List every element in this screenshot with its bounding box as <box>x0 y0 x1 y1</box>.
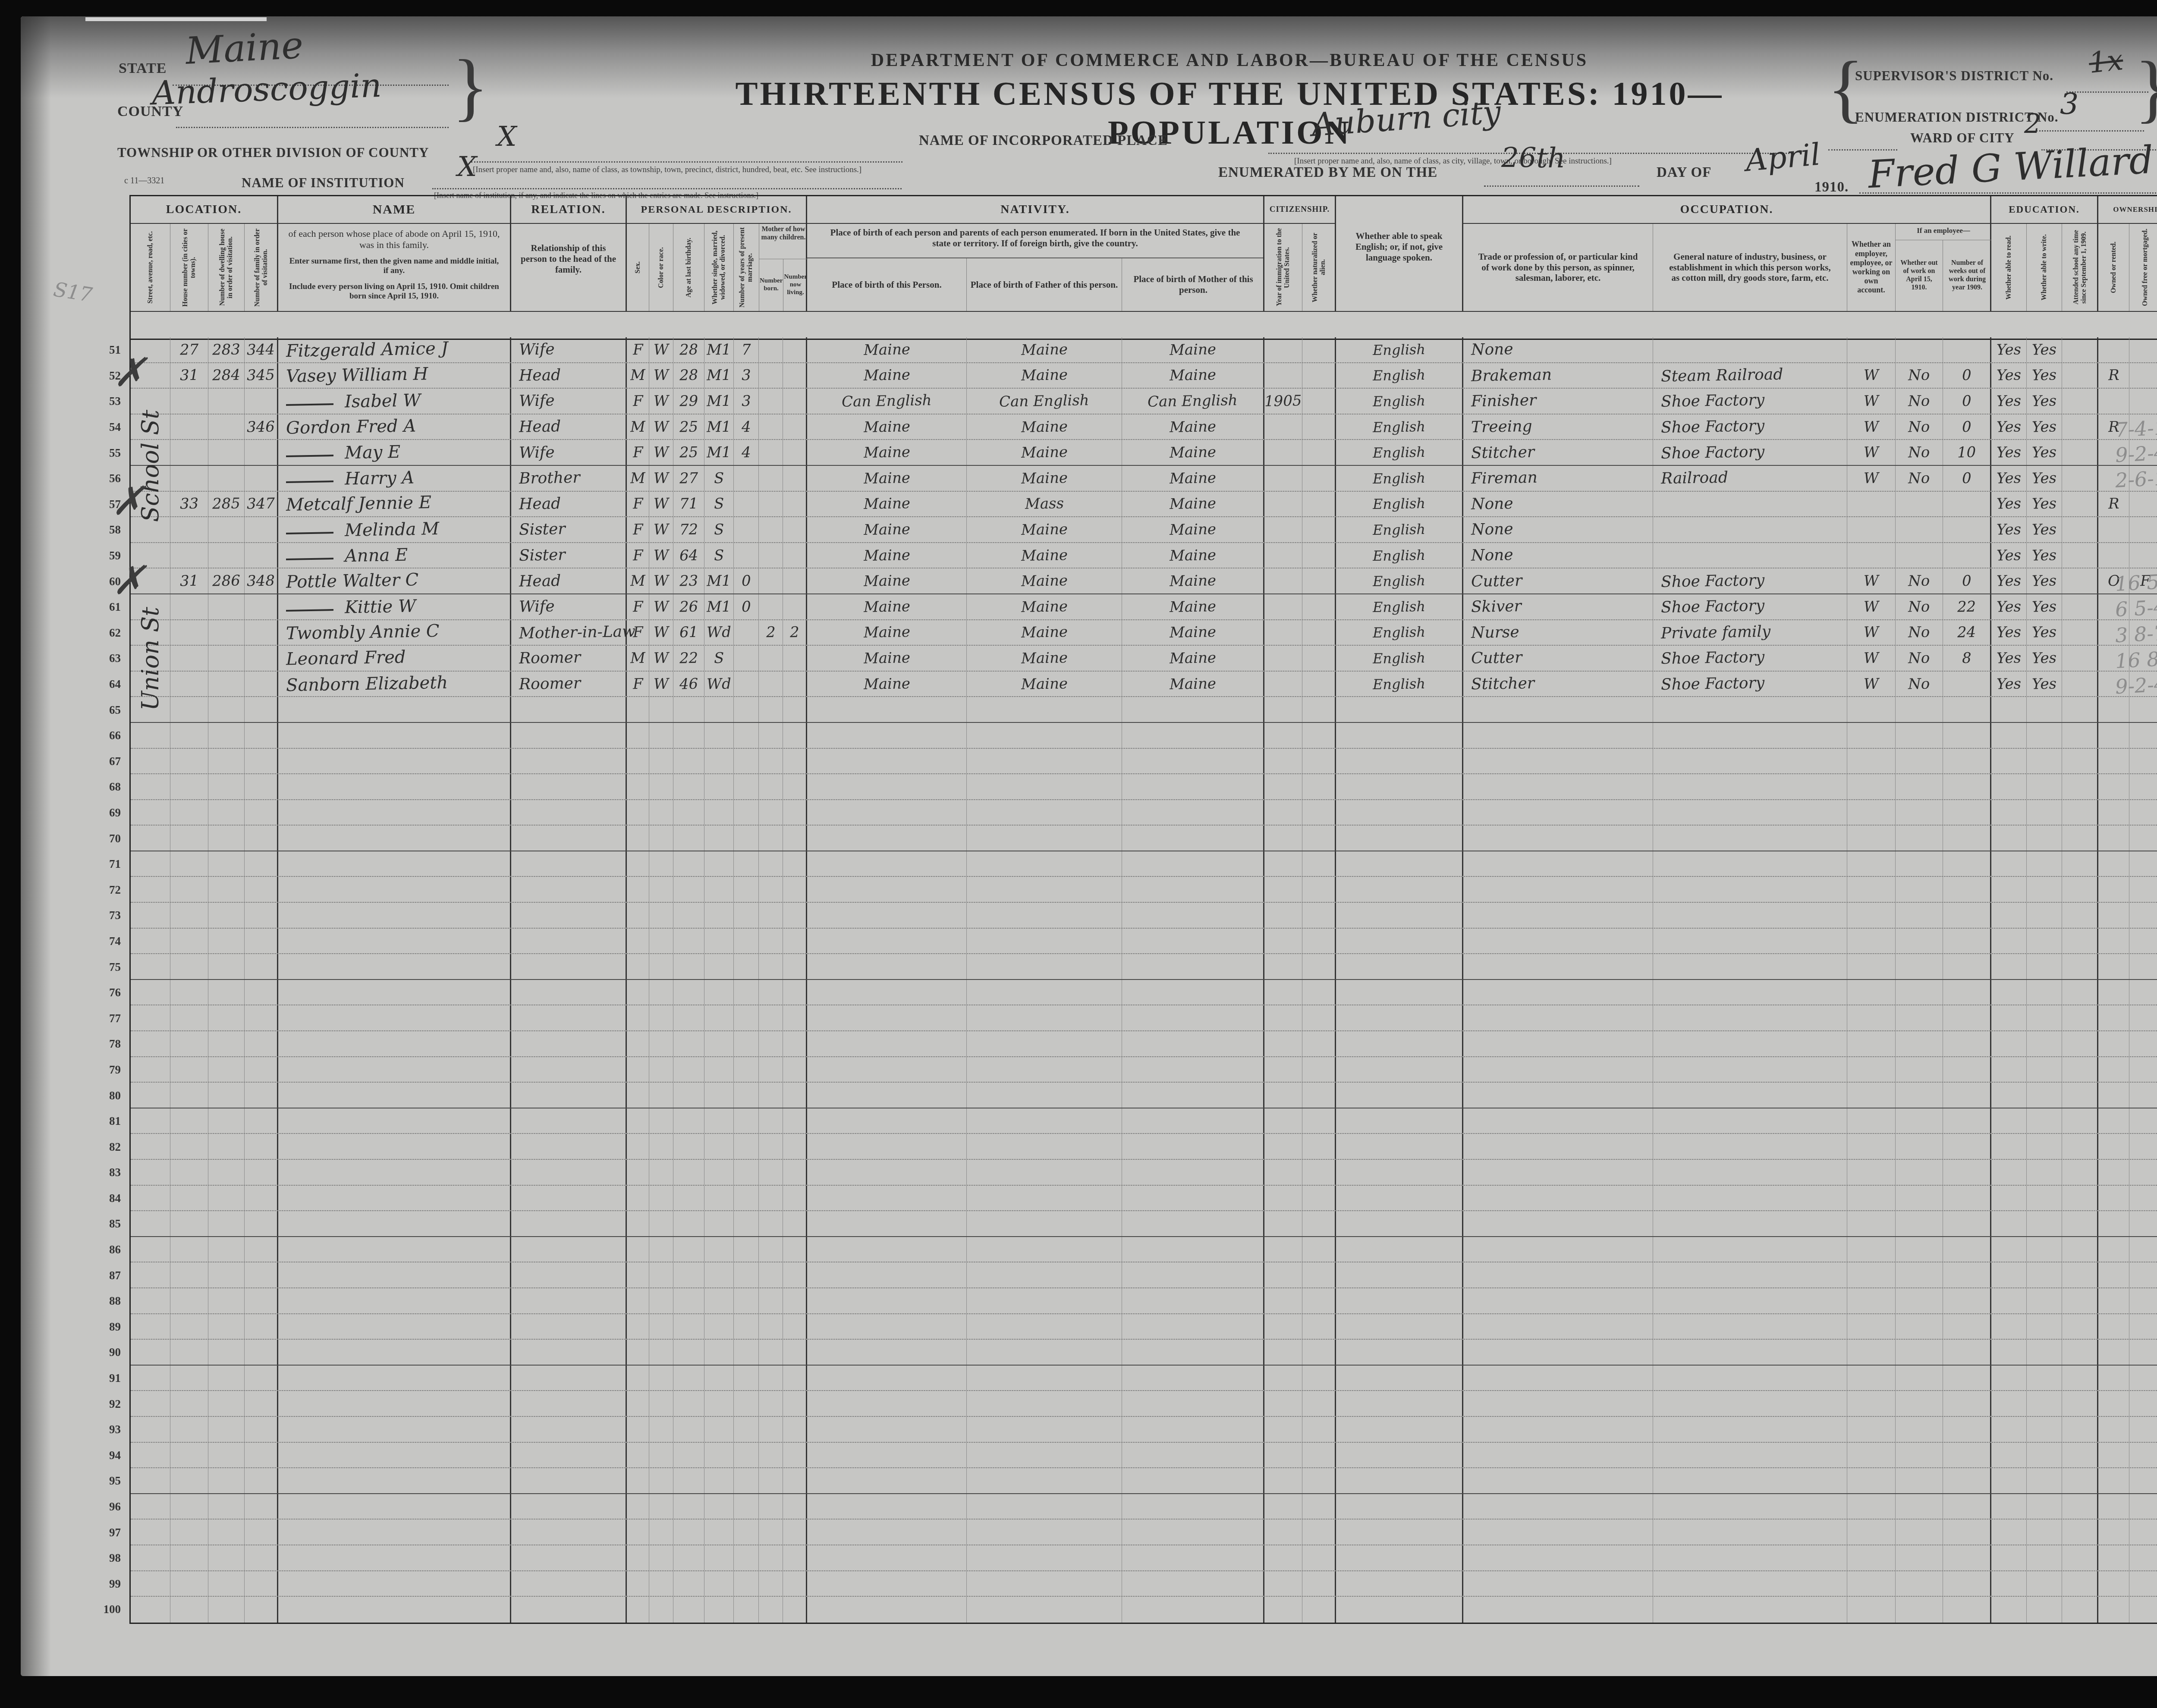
cell-age-63: 22 <box>673 646 704 671</box>
line-number-left-94: 94 <box>92 1443 124 1469</box>
cell-weeks-91 <box>1943 1366 1991 1391</box>
cell-street-54 <box>131 414 170 440</box>
ditto-dash <box>286 480 333 483</box>
cell-born-67 <box>759 749 783 774</box>
cell-yrs-100 <box>734 1597 759 1623</box>
group-name-title: NAME <box>278 196 510 224</box>
cell-english-58: English <box>1336 517 1463 542</box>
cell-yrs-53: 3 <box>734 389 759 414</box>
census-row-90 <box>131 1340 2157 1366</box>
cell-relation-73 <box>511 903 627 928</box>
census-row-85 <box>131 1211 2157 1237</box>
cell-pob-89 <box>807 1314 967 1339</box>
cell-trade-84 <box>1463 1186 1653 1211</box>
cell-pob-82 <box>807 1134 967 1159</box>
cell-school-60 <box>2062 568 2098 593</box>
cell-pobm-94 <box>1122 1443 1264 1468</box>
cell-dwelling-71 <box>208 851 245 876</box>
cell-color-83 <box>649 1160 673 1185</box>
cell-street-91 <box>131 1366 170 1391</box>
cell-house-91 <box>170 1366 208 1391</box>
cell-write-52: Yes <box>2027 363 2062 388</box>
cell-relation-97 <box>511 1520 627 1545</box>
cell-sex-82 <box>627 1134 649 1159</box>
cell-pobf-77 <box>967 1005 1122 1030</box>
cell-sex-88 <box>627 1288 649 1313</box>
cell-emp-69 <box>1847 800 1896 825</box>
cell-age-59: 64 <box>673 543 704 568</box>
cell-pobm-59: Maine <box>1122 543 1264 568</box>
group-location-cols-3: Number of family in order of visitation. <box>245 224 278 311</box>
cell-trade-71 <box>1463 851 1653 876</box>
cell-born-93 <box>759 1417 783 1442</box>
cell-house-66 <box>170 723 208 748</box>
cell-street-98 <box>131 1545 170 1570</box>
cell-pob-70 <box>807 826 967 851</box>
cell-living-84 <box>783 1186 807 1211</box>
cell-age-52: 28 <box>673 363 704 388</box>
cell-name-72 <box>278 877 511 902</box>
cell-street-66 <box>131 723 170 748</box>
cell-age-74 <box>673 929 704 954</box>
cell-mortg-68 <box>2129 774 2157 799</box>
cell-pobf-82 <box>967 1134 1122 1159</box>
cell-house-87 <box>170 1262 208 1287</box>
cell-read-56: Yes <box>1991 466 2027 491</box>
cell-pobf-83 <box>967 1160 1122 1185</box>
cell-color-76 <box>649 980 673 1005</box>
cell-school-94 <box>2062 1443 2098 1468</box>
cell-family-51: 344 <box>245 337 278 362</box>
cell-write-82 <box>2027 1134 2062 1159</box>
cell-house-60: 31 <box>170 568 208 593</box>
cell-yrs-59 <box>734 543 759 568</box>
cell-english-83 <box>1336 1160 1463 1185</box>
cell-weeks-75 <box>1943 954 1991 979</box>
cell-industry-87 <box>1653 1262 1847 1287</box>
cell-born-77 <box>759 1005 783 1030</box>
cell-relation-68 <box>511 774 627 799</box>
cell-name-78 <box>278 1031 511 1056</box>
cell-marital-61: M1 <box>704 594 734 619</box>
cell-mortg-73 <box>2129 903 2157 928</box>
cell-house-98 <box>170 1545 208 1570</box>
cell-mortg-81 <box>2129 1108 2157 1133</box>
cell-dwelling-53 <box>208 389 245 414</box>
census-row-52: 31284345Vasey William HHeadMW28M13MaineM… <box>131 363 2157 389</box>
cell-trade-65 <box>1463 697 1653 722</box>
cell-name-53: Isabel W <box>278 389 511 414</box>
cell-yrs-97 <box>734 1520 759 1545</box>
cell-pob-98 <box>807 1545 967 1570</box>
cell-dwelling-76 <box>208 980 245 1005</box>
cell-house-90 <box>170 1340 208 1365</box>
cell-name-68 <box>278 774 511 799</box>
cell-yrs-94 <box>734 1443 759 1468</box>
cell-weeks-87 <box>1943 1262 1991 1287</box>
cell-write-85 <box>2027 1211 2062 1236</box>
cell-name-84 <box>278 1186 511 1211</box>
cell-pobf-63: Maine <box>967 646 1122 671</box>
cell-english-99 <box>1336 1571 1463 1596</box>
line-number-left-92: 92 <box>92 1391 124 1417</box>
cell-read-52: Yes <box>1991 363 2027 388</box>
cell-color-55: W <box>649 440 673 465</box>
cell-pob-87 <box>807 1262 967 1287</box>
cell-pobm-84 <box>1122 1186 1264 1211</box>
cell-street-100 <box>131 1597 170 1623</box>
group-education-title: EDUCATION. <box>1991 196 2097 224</box>
cell-house-99 <box>170 1571 208 1596</box>
cell-school-81 <box>2062 1108 2098 1133</box>
cell-trade-100 <box>1463 1597 1653 1623</box>
cell-mortg-100 <box>2129 1597 2157 1623</box>
census-row-67 <box>131 749 2157 775</box>
cell-mortg-59 <box>2129 543 2157 568</box>
cell-imm-61 <box>1264 594 1302 619</box>
cell-pob-99 <box>807 1571 967 1596</box>
cell-write-83 <box>2027 1160 2062 1185</box>
cell-living-59 <box>783 543 807 568</box>
district-close-brace: } <box>2135 45 2157 132</box>
cell-relation-75 <box>511 954 627 979</box>
cell-trade-56: Fireman <box>1463 466 1653 491</box>
cell-read-76 <box>1991 980 2027 1005</box>
cell-out-96 <box>1896 1494 1943 1519</box>
cell-marital-55: M1 <box>704 440 734 465</box>
cell-owned-84 <box>2098 1186 2129 1211</box>
cell-emp-66 <box>1847 723 1896 748</box>
cell-marital-72 <box>704 877 734 902</box>
cell-imm-81 <box>1264 1108 1302 1133</box>
cell-dwelling-70 <box>208 826 245 851</box>
cell-born-87 <box>759 1262 783 1287</box>
cell-industry-76 <box>1653 980 1847 1005</box>
cell-natz-66 <box>1302 723 1336 748</box>
cell-relation-99 <box>511 1571 627 1596</box>
signature-line <box>1859 192 2157 194</box>
cell-family-70 <box>245 826 278 851</box>
cell-family-100 <box>245 1597 278 1623</box>
cell-english-81 <box>1336 1108 1463 1133</box>
cell-sex-89 <box>627 1314 649 1339</box>
cell-write-61: Yes <box>2027 594 2062 619</box>
cell-relation-80 <box>511 1083 627 1108</box>
education-cols-0: Whether able to read. <box>1991 224 2027 311</box>
cell-color-61: W <box>649 594 673 619</box>
cell-age-53: 29 <box>673 389 704 414</box>
cell-sex-96 <box>627 1494 649 1519</box>
cell-owned-76 <box>2098 980 2129 1005</box>
cell-street-79 <box>131 1057 170 1082</box>
cell-yrs-65 <box>734 697 759 722</box>
cell-born-66 <box>759 723 783 748</box>
cell-dwelling-75 <box>208 954 245 979</box>
cell-out-55: No <box>1896 440 1943 465</box>
cell-dwelling-98 <box>208 1545 245 1570</box>
cell-industry-74 <box>1653 929 1847 954</box>
group-location-cols-0: Street, avenue, road, etc. <box>131 224 170 311</box>
cell-yrs-93 <box>734 1417 759 1442</box>
cell-imm-76 <box>1264 980 1302 1005</box>
cell-sex-69 <box>627 800 649 825</box>
cell-read-78 <box>1991 1031 2027 1056</box>
cell-born-79 <box>759 1057 783 1082</box>
supervisor-value: 1x <box>2087 43 2125 80</box>
cell-school-68 <box>2062 774 2098 799</box>
line-number-left-77: 77 <box>92 1005 124 1031</box>
cell-dwelling-85 <box>208 1211 245 1236</box>
cell-owned-68 <box>2098 774 2129 799</box>
cell-weeks-61: 22 <box>1943 594 1991 619</box>
census-row-58: Melinda MSisterFW72SMaineMaineMaineEngli… <box>131 517 2157 543</box>
cell-pobf-51: Maine <box>967 337 1122 362</box>
group-citizenship: CITIZENSHIP. Year of immigration to the … <box>1264 196 1336 311</box>
cell-industry-84 <box>1653 1186 1847 1211</box>
cell-english-97 <box>1336 1520 1463 1545</box>
cell-age-75 <box>673 954 704 979</box>
cell-read-61: Yes <box>1991 594 2027 619</box>
cell-yrs-61: 0 <box>734 594 759 619</box>
cell-school-69 <box>2062 800 2098 825</box>
cell-weeks-73 <box>1943 903 1991 928</box>
cell-pobm-66 <box>1122 723 1264 748</box>
cell-dwelling-63 <box>208 646 245 671</box>
cell-sex-95 <box>627 1468 649 1493</box>
cell-pobm-80 <box>1122 1083 1264 1108</box>
cell-emp-96 <box>1847 1494 1896 1519</box>
cell-pobm-81 <box>1122 1108 1264 1133</box>
cell-write-78 <box>2027 1031 2062 1056</box>
cell-pob-60: Maine <box>807 568 967 593</box>
cell-industry-94 <box>1653 1443 1847 1468</box>
cell-industry-86 <box>1653 1237 1847 1262</box>
cell-pobf-89 <box>967 1314 1122 1339</box>
cell-name-86 <box>278 1237 511 1262</box>
cell-natz-86 <box>1302 1237 1336 1262</box>
cell-house-74 <box>170 929 208 954</box>
cell-mortg-52 <box>2129 363 2157 388</box>
cell-school-66 <box>2062 723 2098 748</box>
cell-family-85 <box>245 1211 278 1236</box>
census-row-84 <box>131 1186 2157 1212</box>
cell-pobm-53: Can English <box>1122 389 1264 414</box>
cell-read-81 <box>1991 1108 2027 1133</box>
cell-weeks-51 <box>1943 337 1991 362</box>
cell-write-88 <box>2027 1288 2062 1313</box>
cell-owned-85 <box>2098 1211 2129 1236</box>
cell-write-95 <box>2027 1468 2062 1493</box>
cell-owned-65 <box>2098 697 2129 722</box>
group-location-cols-1: House number (in cities or towns). <box>170 224 208 311</box>
cell-street-95 <box>131 1468 170 1493</box>
cell-imm-98 <box>1264 1545 1302 1570</box>
cell-living-60 <box>783 568 807 593</box>
cell-imm-91 <box>1264 1366 1302 1391</box>
cell-pob-73 <box>807 903 967 928</box>
cell-name-65 <box>278 697 511 722</box>
cell-dwelling-78 <box>208 1031 245 1056</box>
cell-living-52 <box>783 363 807 388</box>
cell-yrs-84 <box>734 1186 759 1211</box>
cell-pobf-93 <box>967 1417 1122 1442</box>
cell-natz-74 <box>1302 929 1336 954</box>
cell-dwelling-57: 285 <box>208 492 245 517</box>
cell-family-95 <box>245 1468 278 1493</box>
cell-write-55: Yes <box>2027 440 2062 465</box>
ownership-cols-1: Owned free or mortgaged. <box>2129 224 2157 311</box>
cell-school-53 <box>2062 389 2098 414</box>
cell-living-97 <box>783 1520 807 1545</box>
line-number-left-87: 87 <box>92 1262 124 1288</box>
cell-trade-95 <box>1463 1468 1653 1493</box>
cell-sex-57: F <box>627 492 649 517</box>
state-value: Maine <box>185 24 305 73</box>
cell-age-89 <box>673 1314 704 1339</box>
cell-owned-67 <box>2098 749 2129 774</box>
cell-industry-51 <box>1653 337 1847 362</box>
cell-age-93 <box>673 1417 704 1442</box>
cell-read-93 <box>1991 1417 2027 1442</box>
cell-living-72 <box>783 877 807 902</box>
pencil-annotation-54: 7-4-14-6 <box>2115 414 2157 442</box>
cell-owned-79 <box>2098 1057 2129 1082</box>
cell-natz-58 <box>1302 517 1336 542</box>
cell-yrs-52: 3 <box>734 363 759 388</box>
cell-natz-57 <box>1302 492 1336 517</box>
department-line: DEPARTMENT OF COMMERCE AND LABOR—BUREAU … <box>647 50 1812 71</box>
cell-natz-55 <box>1302 440 1336 465</box>
census-row-73 <box>131 903 2157 929</box>
cell-relation-67 <box>511 749 627 774</box>
cell-industry-63: Shoe Factory <box>1653 646 1847 671</box>
cell-relation-55: Wife <box>511 440 627 465</box>
cell-trade-88 <box>1463 1288 1653 1313</box>
cell-imm-78 <box>1264 1031 1302 1056</box>
cell-write-89 <box>2027 1314 2062 1339</box>
cell-school-77 <box>2062 1005 2098 1030</box>
cell-emp-87 <box>1847 1262 1896 1287</box>
cell-dwelling-88 <box>208 1288 245 1313</box>
cell-house-55 <box>170 440 208 465</box>
cell-dwelling-72 <box>208 877 245 902</box>
group-name: NAME of each person whose place of abode… <box>278 196 511 311</box>
cell-color-65 <box>649 697 673 722</box>
cell-industry-91 <box>1653 1366 1847 1391</box>
cell-pobm-85 <box>1122 1211 1264 1236</box>
cell-born-70 <box>759 826 783 851</box>
cell-english-65 <box>1336 697 1463 722</box>
census-row-77 <box>131 1005 2157 1031</box>
cell-school-54 <box>2062 414 2098 440</box>
cell-family-58 <box>245 517 278 542</box>
cell-write-63: Yes <box>2027 646 2062 671</box>
cell-school-75 <box>2062 954 2098 979</box>
cell-trade-54: Treeing <box>1463 414 1653 440</box>
cell-yrs-51: 7 <box>734 337 759 362</box>
cell-dwelling-69 <box>208 800 245 825</box>
group-relation-title: RELATION. <box>511 196 626 224</box>
cell-house-86 <box>170 1237 208 1262</box>
cell-english-72 <box>1336 877 1463 902</box>
cell-trade-94 <box>1463 1443 1653 1468</box>
cell-weeks-78 <box>1943 1031 1991 1056</box>
cell-color-54: W <box>649 414 673 440</box>
cell-school-80 <box>2062 1083 2098 1108</box>
cell-color-62: W <box>649 620 673 645</box>
cell-trade-93 <box>1463 1417 1653 1442</box>
line-numbers-left: 5152535455565758596061626364656667686970… <box>92 337 124 1623</box>
cell-trade-74 <box>1463 929 1653 954</box>
cell-living-71 <box>783 851 807 876</box>
cell-color-57: W <box>649 492 673 517</box>
census-row-82 <box>131 1134 2157 1160</box>
cell-color-85 <box>649 1211 673 1236</box>
cell-born-83 <box>759 1160 783 1185</box>
cell-mortg-77 <box>2129 1005 2157 1030</box>
cell-sex-58: F <box>627 517 649 542</box>
cell-emp-55: W <box>1847 440 1896 465</box>
cell-mortg-75 <box>2129 954 2157 979</box>
cell-color-98 <box>649 1545 673 1570</box>
cell-living-66 <box>783 723 807 748</box>
cell-yrs-70 <box>734 826 759 851</box>
cell-trade-91 <box>1463 1366 1653 1391</box>
cell-read-86 <box>1991 1237 2027 1262</box>
cell-imm-82 <box>1264 1134 1302 1159</box>
cell-imm-87 <box>1264 1262 1302 1287</box>
cell-sex-73 <box>627 903 649 928</box>
census-row-92 <box>131 1391 2157 1417</box>
cell-out-56: No <box>1896 466 1943 491</box>
cell-school-76 <box>2062 980 2098 1005</box>
cell-industry-82 <box>1653 1134 1847 1159</box>
cell-industry-71 <box>1653 851 1847 876</box>
cell-owned-52: R <box>2098 363 2129 388</box>
cell-dwelling-51: 283 <box>208 337 245 362</box>
cell-out-74 <box>1896 929 1943 954</box>
cell-industry-92 <box>1653 1391 1847 1416</box>
cell-pob-65 <box>807 697 967 722</box>
line-number-left-62: 62 <box>92 620 124 646</box>
cell-mortg-80 <box>2129 1083 2157 1108</box>
cell-yrs-72 <box>734 877 759 902</box>
cell-out-100 <box>1896 1597 1943 1623</box>
line-number-left-73: 73 <box>92 903 124 929</box>
cell-natz-80 <box>1302 1083 1336 1108</box>
mother-cols: Number born.Number now living. <box>759 259 808 311</box>
cell-name-94 <box>278 1443 511 1468</box>
cell-emp-75 <box>1847 954 1896 979</box>
cell-yrs-73 <box>734 903 759 928</box>
cell-pob-63: Maine <box>807 646 967 671</box>
cell-house-65 <box>170 697 208 722</box>
cell-pob-69 <box>807 800 967 825</box>
census-row-63: Leonard FredRoomerMW22SMaineMaineMaineEn… <box>131 646 2157 672</box>
cell-dwelling-59 <box>208 543 245 568</box>
cell-house-57: 33 <box>170 492 208 517</box>
cell-pob-77 <box>807 1005 967 1030</box>
cell-marital-57: S <box>704 492 734 517</box>
cell-natz-84 <box>1302 1186 1336 1211</box>
cell-sex-76 <box>627 980 649 1005</box>
cell-dwelling-96 <box>208 1494 245 1519</box>
cell-trade-66 <box>1463 723 1653 748</box>
cell-emp-94 <box>1847 1443 1896 1468</box>
cell-marital-83 <box>704 1160 734 1185</box>
personal-cols-2: Age at last birthday. <box>673 224 704 311</box>
cell-pob-66 <box>807 723 967 748</box>
